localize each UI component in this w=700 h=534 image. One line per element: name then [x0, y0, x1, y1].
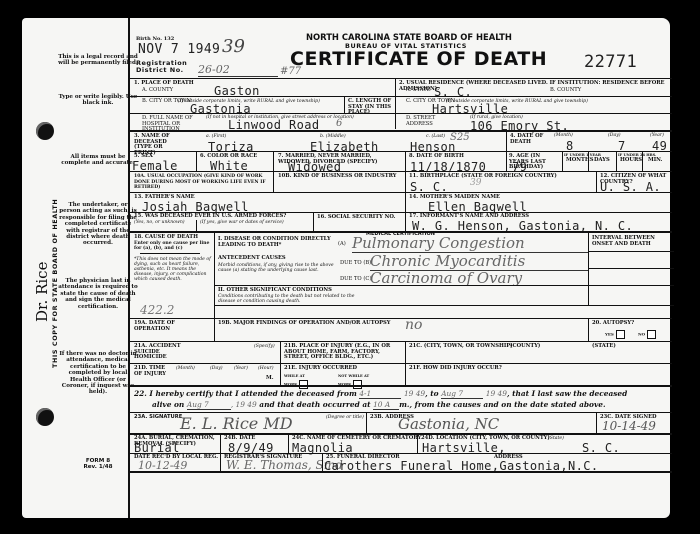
certificate-title: CERTIFICATE OF DEATH: [290, 48, 547, 70]
certificate-number: 22771: [584, 52, 637, 72]
registrar-row: Date Rec'd by Local Reg. 10-12-49 Regist…: [130, 453, 672, 471]
death-certificate: This is a legal record and will be perma…: [22, 18, 670, 518]
parents-row: 13. Father's Name Josiah Bagwell 14. Mot…: [130, 192, 672, 211]
accident-row: 21a. Accident Suicide Homicide (Specify)…: [130, 341, 672, 362]
stamp-note: 39: [222, 36, 245, 57]
place-city-row: b. City or Town (If outside corporate li…: [130, 96, 672, 112]
registration-district-label: Registration District No.: [136, 60, 187, 74]
physician-name-vertical: Dr. Rice: [33, 262, 51, 322]
physician-signature: E. L. Rice MD: [180, 414, 293, 433]
vertical-copy-label: Dr. Rice THIS COPY FOR STATE BOARD OF HE…: [32, 199, 59, 368]
attended-from-value: 4-1: [359, 389, 401, 399]
date-signed-value: 10-14-49: [602, 419, 656, 433]
operation-findings-value: no: [405, 317, 422, 333]
received-stamp-date: NOV 7 1949: [138, 42, 220, 57]
deceased-name-row: 3. Name of Deceased (Type or Print) a. (…: [130, 130, 672, 150]
physician-note: The physician last in attendance is requ…: [58, 278, 138, 310]
certificate-form: Birth No. 132 NOV 7 1949 39 Registration…: [128, 18, 672, 518]
type-legibly-note: Type or write legibly. Use black ink.: [58, 94, 138, 107]
legal-record-note: This is a legal record and will be perma…: [58, 54, 138, 67]
cause-code: 422.2: [140, 303, 174, 317]
autopsy-no-checkbox[interactable]: No: [638, 330, 656, 339]
cause-of-death-section: Medical Certification 18. Cause of Death…: [130, 231, 672, 317]
signature-row: 23a. Signature E. L. Rice MD (Degree or …: [130, 412, 672, 432]
demographics-row: 5. Sex Female 6. Color or Race White 7. …: [130, 151, 672, 170]
punch-hole: [36, 122, 54, 140]
board-of-health-title: NORTH CAROLINA STATE BOARD OF HEALTH: [306, 32, 512, 42]
form-number: FORM 8 Rev. 1/48: [58, 458, 138, 471]
institution-row: d. Full Name of Hospital or Institution …: [130, 113, 672, 129]
burial-row: 24a. Burial, Cremation, Removal (Specify…: [130, 433, 672, 452]
complete-items-note: All items must be complete and accurate.: [58, 154, 138, 167]
place-county-row: 1. Place of Death a. County Gaston 2. Us…: [130, 78, 672, 95]
attended-to-value: Aug 7: [441, 389, 483, 399]
physician-certification-row: 22. I hereby certify that I attended the…: [130, 385, 672, 411]
alive-on-value: Aug 7: [187, 400, 231, 410]
state-board-copy: THIS COPY FOR STATE BOARD OF HEALTH: [51, 199, 59, 368]
death-time-value: 10 A: [373, 400, 399, 410]
informant-row: 15. Was Deceased Ever in U.S. Armed Forc…: [130, 212, 672, 230]
occupation-row: 10a. Usual Occupation (Give kind of work…: [130, 171, 672, 191]
injury-time-row: 21d. Time of Injury (Month) (Day) (Year)…: [130, 363, 672, 384]
undertaker-note: The undertaker, or person acting as such…: [58, 202, 138, 247]
registration-district-number: 26-02: [198, 63, 278, 77]
operation-row: 19a. Date of Operation 19b. Major Findin…: [130, 318, 672, 340]
left-margin: This is a legal record and will be perma…: [22, 18, 126, 518]
physician-address: Gastonia, NC: [398, 415, 499, 433]
autopsy-yes-checkbox[interactable]: Yes: [605, 330, 625, 339]
cause-a-value: Pulmonary Congestion: [352, 234, 588, 253]
no-doctor-note: If there was no doctor in attendance, me…: [58, 351, 138, 396]
punch-hole: [36, 408, 54, 426]
